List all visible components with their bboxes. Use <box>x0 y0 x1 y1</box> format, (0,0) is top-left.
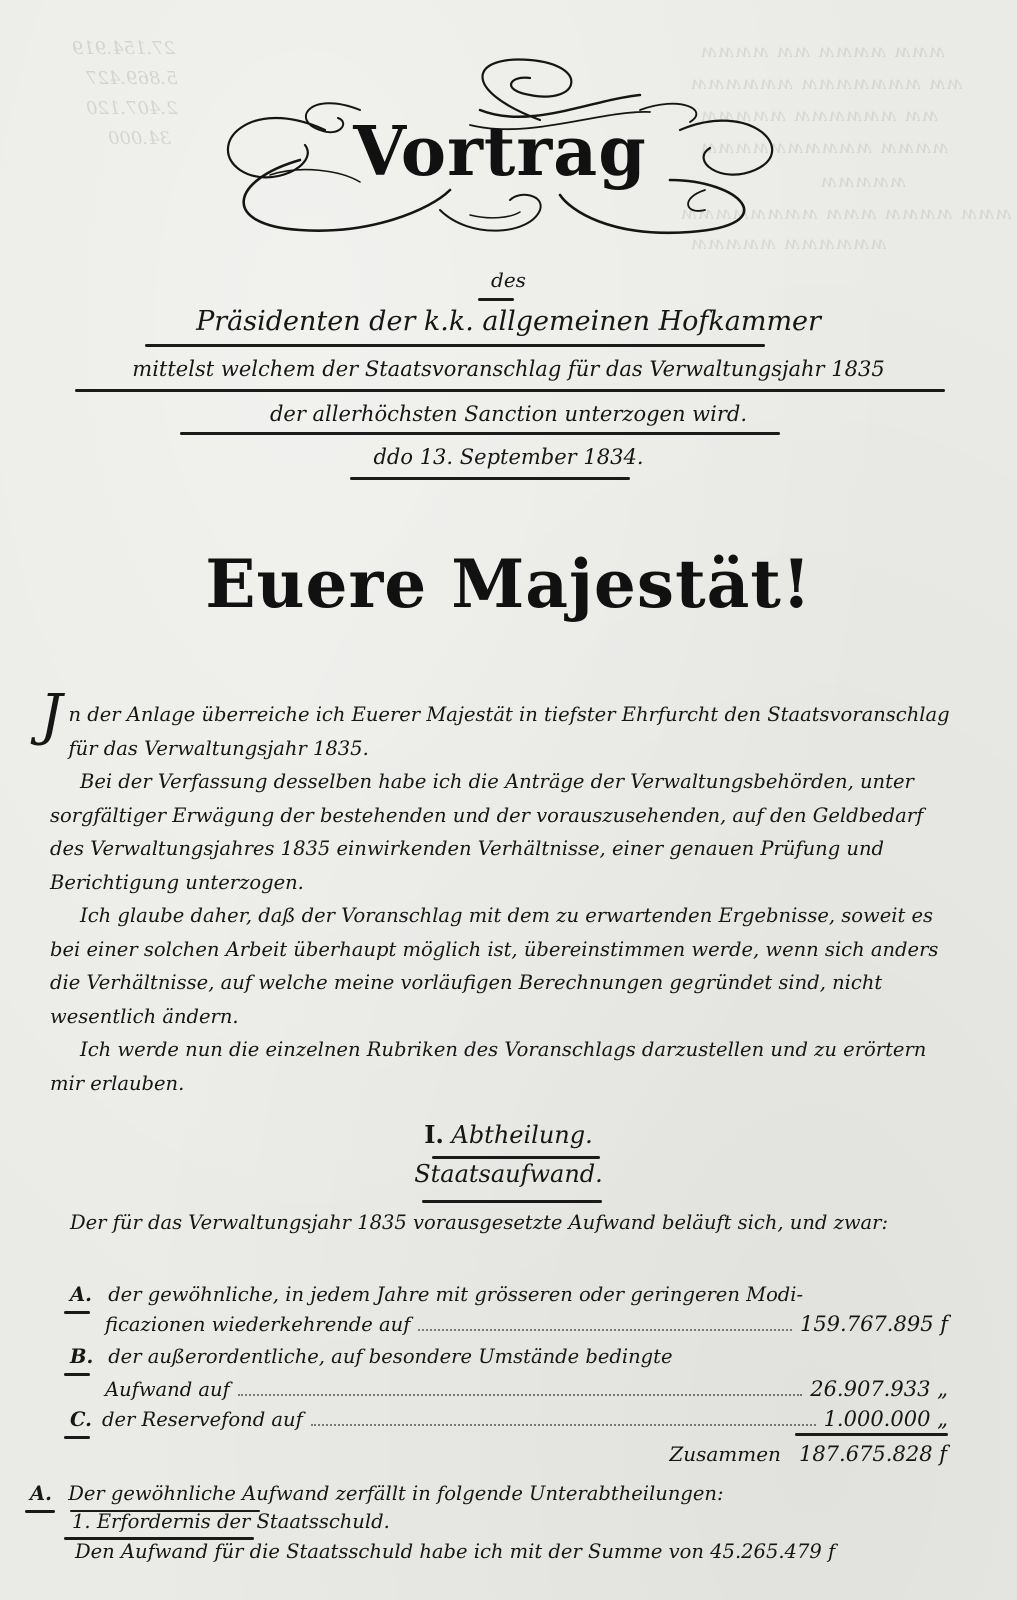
dotted-leader <box>418 1328 792 1331</box>
subject-line-2: der allerhöchsten Sanction unterzogen wi… <box>0 402 1017 426</box>
item-description: der außerordentliche, auf besondere Umst… <box>108 1345 672 1368</box>
paragraph: Ich werde nun die einzelnen Rubriken des… <box>50 1033 950 1100</box>
section-heading: I. Abtheilung. <box>0 1120 1017 1149</box>
paragraph-text: Bei der Verfassung desselben habe ich di… <box>50 770 923 894</box>
salutation: Euere Majestät! <box>0 545 1017 623</box>
expenditure-item-b: B. der außerordentliche, auf besondere U… <box>70 1342 950 1372</box>
item-amount: 159.767.895 f <box>800 1312 948 1336</box>
title-block: Vortrag <box>210 50 790 240</box>
underline <box>432 1156 600 1159</box>
amount-row: ficazionen wiederkehrende auf 159.767.89… <box>105 1312 948 1337</box>
subsection-text: Der gewöhnliche Aufwand zerfällt in folg… <box>68 1482 723 1505</box>
preposition: des <box>0 268 1017 292</box>
item-letter: A. <box>30 1482 62 1505</box>
manuscript-page: 27.154.919 5.869.427 2.407.120 34.000 ʍʍ… <box>0 0 1017 1600</box>
item-amount: 1.000.000 „ <box>824 1407 948 1431</box>
underline <box>478 298 514 301</box>
bleed-number: 2.407.120 <box>86 98 178 119</box>
underline <box>64 1436 90 1439</box>
author-line: Präsidenten der k.k. allgemeinen Hofkamm… <box>0 306 1017 337</box>
date-line: ddo 13. September 1834. <box>0 445 1017 469</box>
underline <box>422 1200 602 1203</box>
bleed-number: 27.154.919 <box>72 38 175 59</box>
bleed-number: 34.000 <box>108 128 171 149</box>
paragraph: Ich glaube daher, daß der Voranschlag mi… <box>50 899 950 1033</box>
underline <box>180 432 780 435</box>
paragraph-text: Ich glaube daher, daß der Voranschlag mi… <box>50 904 938 1028</box>
underline <box>64 1373 90 1376</box>
section-title: Abtheilung. <box>451 1121 592 1149</box>
subsection-number: 1. <box>72 1510 91 1533</box>
document-title: Vortrag <box>210 112 790 192</box>
underline <box>64 1311 90 1314</box>
item-description-cont: Aufwand auf <box>105 1378 230 1401</box>
subsection-1: 1. Erfordernis der Staatsschuld. <box>72 1510 992 1533</box>
item-amount: 26.907.933 „ <box>810 1377 948 1401</box>
total-rule <box>795 1433 948 1436</box>
total-row: Zusammen 187.675.828 f <box>669 1442 947 1466</box>
item-description: der gewöhnliche, in jedem Jahre mit grös… <box>108 1283 803 1306</box>
bleed-line: ʍʍʍʍʍ <box>820 170 906 192</box>
subsection-a: A. Der gewöhnliche Aufwand zerfällt in f… <box>30 1482 950 1505</box>
section-subtitle: Staatsaufwand. <box>0 1160 1017 1188</box>
subsection-title: Erfordernis der Staatsschuld. <box>97 1510 390 1533</box>
item-description-cont: ficazionen wiederkehrende auf <box>105 1313 410 1336</box>
underline <box>350 477 630 480</box>
paragraph-text: n der Anlage überreiche ich Euerer Majes… <box>68 703 949 760</box>
drop-cap: J <box>40 696 62 736</box>
item-letter: C. <box>70 1408 102 1431</box>
underline <box>75 389 945 392</box>
dotted-leader <box>311 1423 816 1426</box>
expenditure-item-a: A. der gewöhnliche, in jedem Jahre mit g… <box>70 1280 950 1310</box>
paragraph-text: Ich werde nun die einzelnen Rubriken des… <box>50 1038 926 1095</box>
underline <box>25 1510 55 1513</box>
dotted-leader <box>238 1393 802 1396</box>
underline <box>145 344 765 347</box>
item-letter: A. <box>70 1280 102 1310</box>
total-amount: 187.675.828 f <box>799 1442 947 1466</box>
item-description: der Reservefond auf <box>102 1408 303 1431</box>
section-number: I. <box>424 1120 444 1149</box>
body-paragraphs: Jn der Anlage überreiche ich Euerer Maje… <box>50 698 950 1100</box>
subject-line-1: mittelst welchem der Staatsvoranschlag f… <box>0 357 1017 381</box>
paragraph: Jn der Anlage überreiche ich Euerer Maje… <box>50 698 950 765</box>
amount-row: C. der Reservefond auf 1.000.000 „ <box>70 1407 948 1432</box>
bleed-number: 5.869.427 <box>86 68 178 89</box>
item-letter: B. <box>70 1342 102 1372</box>
expenditure-intro: Der für das Verwaltungsjahr 1835 vorausg… <box>70 1206 950 1239</box>
closing-line: Den Aufwand für die Staatsschuld habe ic… <box>75 1540 995 1563</box>
amount-row: Aufwand auf 26.907.933 „ <box>105 1377 948 1402</box>
total-label: Zusammen <box>669 1442 781 1466</box>
paragraph: Bei der Verfassung desselben habe ich di… <box>50 765 950 899</box>
